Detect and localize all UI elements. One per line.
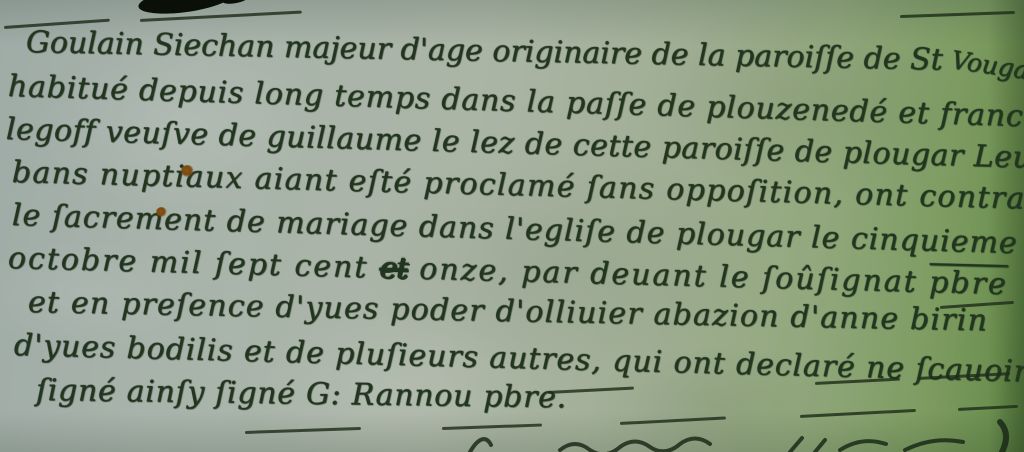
- manuscript-line-1: Goulain Siechan majeur d'age originaire …: [26, 28, 1024, 78]
- pen-stroke-filler: [442, 424, 542, 430]
- line-9-text: ſigné ainſy ſigné G: Rannou pbre.: [36, 373, 567, 415]
- pen-stroke-filler: [245, 427, 361, 434]
- paper-stain: [156, 207, 167, 217]
- pen-stroke-filler: [958, 405, 1018, 411]
- line-1-text: Goulain Siechan majeur d'age originaire …: [26, 25, 953, 78]
- pen-stroke-filler: [620, 416, 726, 424]
- pen-stroke-flourish: [900, 11, 1015, 18]
- struck-out-word: et: [380, 251, 409, 287]
- pen-stroke-filler: [800, 409, 916, 418]
- ink-blot-tail: [221, 0, 250, 6]
- line-6-text-pre: octobre mil ſept cent: [8, 241, 381, 286]
- line-1-overhang-word: Vougay: [950, 47, 1024, 85]
- paper-stain: [181, 165, 194, 177]
- manuscript-page: Goulain Siechan majeur d'age originaire …: [0, 0, 1024, 452]
- abbreviation-pbre: pbre: [929, 265, 1008, 302]
- manuscript-line-9: ſigné ainſy ſigné G: Rannou pbre.: [36, 376, 567, 413]
